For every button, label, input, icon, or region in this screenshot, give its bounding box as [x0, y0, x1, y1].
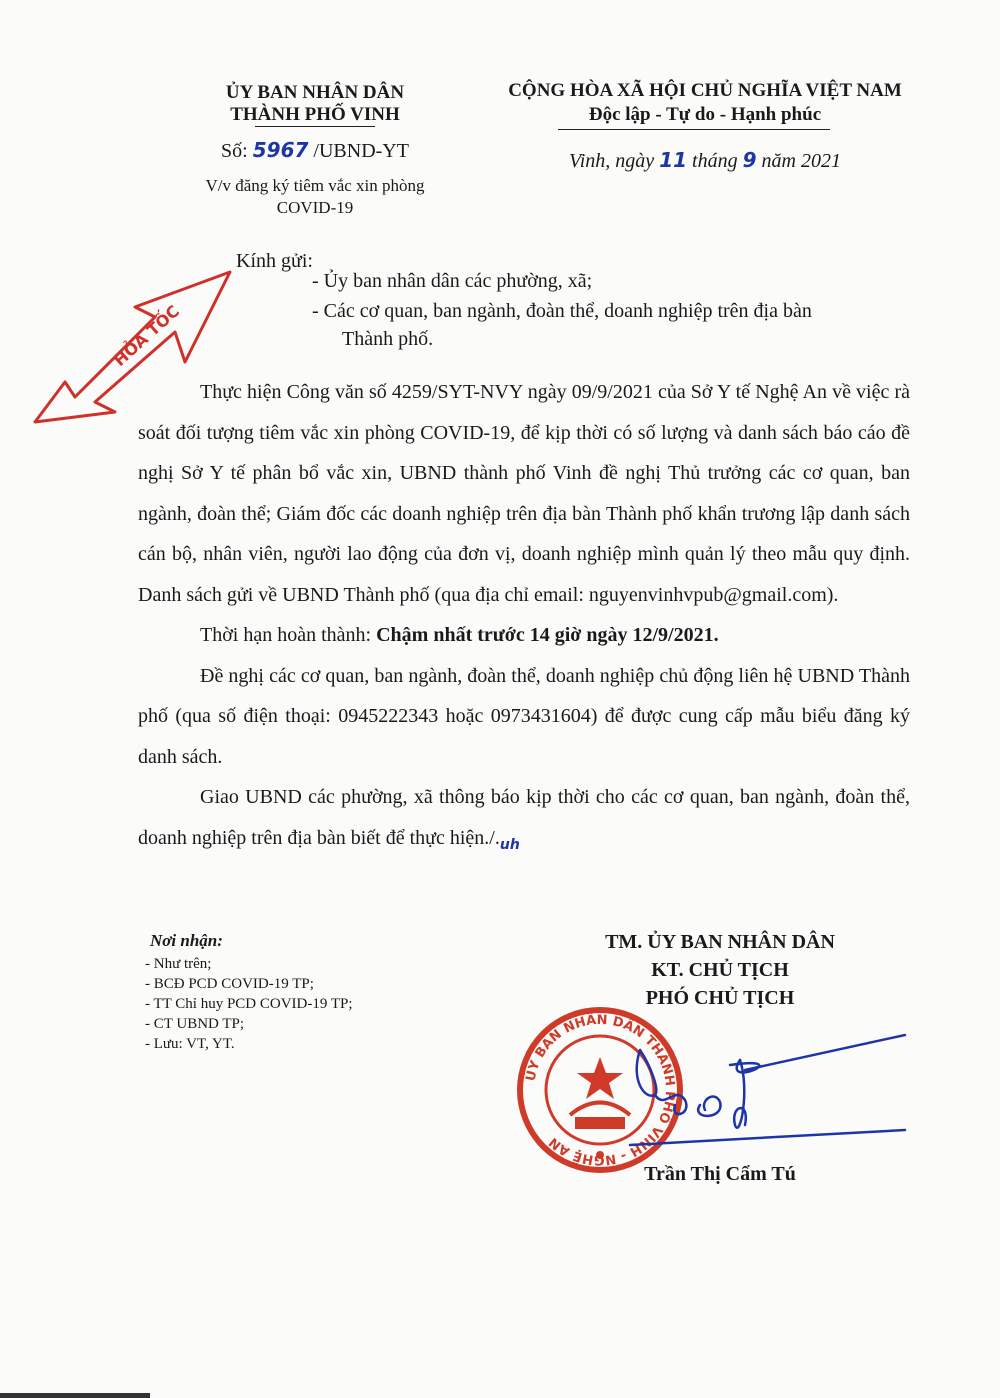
distribution-list: - Như trên; - BCĐ PCD COVID-19 TP; - TT … — [145, 954, 353, 1054]
motto-underline — [558, 129, 830, 130]
document-number: Số: 5967 /UBND-YT — [150, 138, 480, 163]
body-paragraph-3: Đề nghị các cơ quan, ban ngành, đoàn thể… — [138, 656, 910, 778]
issuer-name-line2: THÀNH PHỐ VINH — [150, 104, 480, 126]
doc-number-suffix: /UBND-YT — [308, 140, 409, 162]
date-line: Vinh, ngày 11 tháng 9 năm 2021 — [470, 148, 940, 173]
distribution-item: - BCĐ PCD COVID-19 TP; — [145, 974, 353, 994]
distribution-item: - CT UBND TP; — [145, 1014, 353, 1034]
signature-block: TM. ỦY BAN NHÂN DÂN KT. CHỦ TỊCH PHÓ CHỦ… — [520, 928, 920, 1012]
distribution-title: Nơi nhận: — [150, 931, 223, 951]
date-month: 9 — [743, 148, 757, 172]
distribution-item: - TT Chỉ huy PCD COVID-19 TP; — [145, 994, 353, 1014]
date-suffix: năm 2021 — [757, 150, 841, 172]
distribution-item: - Lưu: VT, YT. — [145, 1034, 353, 1054]
recipient-item: - Ủy ban nhân dân các phường, xã; — [312, 270, 592, 293]
date-prefix: Vinh, ngày — [569, 150, 659, 172]
deadline-label: Thời hạn hoàn thành: — [200, 624, 376, 646]
deadline-value: Chậm nhất trước 14 giờ ngày 12/9/2021. — [376, 624, 719, 646]
doc-number-handwritten: 5967 — [253, 138, 309, 162]
recipient-item: - Các cơ quan, ban ngành, đoàn thể, doan… — [312, 300, 812, 323]
doc-number-prefix: Số: — [221, 140, 253, 162]
date-day: 11 — [659, 148, 687, 172]
national-title: CỘNG HÒA XÃ HỘI CHỦ NGHĨA VIỆT NAM — [470, 80, 940, 102]
body-paragraph-deadline: Thời hạn hoàn thành: Chậm nhất trước 14 … — [138, 615, 910, 656]
subject-line2: COVID-19 — [150, 198, 480, 218]
body-paragraph-1: Thực hiện Công văn số 4259/SYT-NVY ngày … — [138, 372, 910, 615]
signature-title-1: TM. ỦY BAN NHÂN DÂN — [520, 928, 920, 956]
letter-body: Thực hiện Công văn số 4259/SYT-NVY ngày … — [138, 372, 910, 865]
body-paragraph-4: Giao UBND các phường, xã thông báo kịp t… — [138, 777, 910, 865]
scan-edge — [0, 1393, 150, 1398]
initials-handwritten: uh — [500, 837, 520, 853]
issuer-name-line1: ỦY BAN NHÂN DÂN — [150, 82, 480, 104]
distribution-item: - Như trên; — [145, 954, 353, 974]
signer-name: Trần Thị Cẩm Tú — [520, 1163, 920, 1186]
signature-title-2: KT. CHỦ TỊCH — [520, 956, 920, 984]
issuer-underline — [255, 126, 375, 127]
national-motto: Độc lập - Tự do - Hạnh phúc — [470, 104, 940, 126]
recipient-item-continuation: Thành phố. — [342, 328, 433, 351]
subject-line1: V/v đăng ký tiêm vắc xin phòng — [150, 176, 480, 196]
recipients-label: Kính gửi: — [236, 250, 313, 273]
handwritten-signature-icon — [620, 1030, 910, 1160]
body-paragraph-4-text: Giao UBND các phường, xã thông báo kịp t… — [138, 786, 910, 849]
date-mid: tháng — [687, 150, 743, 172]
